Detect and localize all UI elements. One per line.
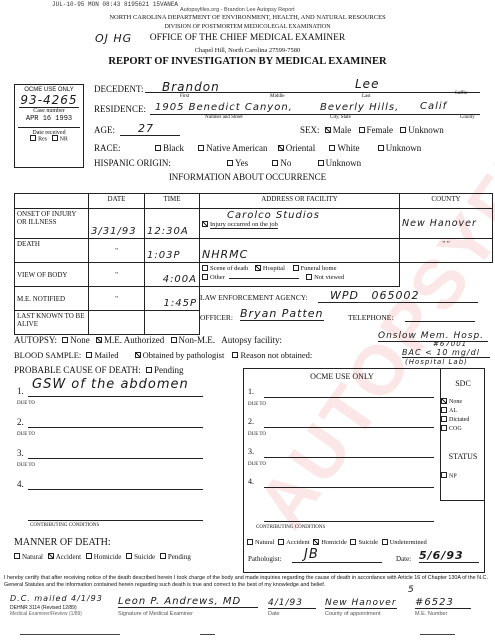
dc-mailed-note: D.C. mailed 4/1/93 [10, 594, 103, 603]
blood-mailed-checkbox[interactable] [86, 352, 92, 358]
onset-time: 12:30A [145, 209, 200, 239]
law-agency-value: WPD 065002 [330, 289, 419, 302]
office-name: OFFICE OF THE CHIEF MEDICAL EXAMINER [0, 33, 495, 43]
view-not-viewed-label: Not viewed [314, 274, 344, 281]
sdc-none-label: None [449, 399, 462, 405]
ocme-manner-accident-label: Accident [286, 539, 309, 546]
ocme-manner-accident-checkbox[interactable] [278, 539, 284, 545]
report-title: REPORT OF INVESTIGATION BY MEDICAL EXAMI… [0, 56, 495, 67]
ocme-line-1-number: 1. [248, 387, 254, 396]
telephone-label: TELEPHONE: [348, 313, 393, 322]
row-label: M.E. NOTIFIED [15, 287, 89, 311]
autopsy-nonme-checkbox[interactable] [171, 337, 177, 343]
division-name: DIVISION OF POSTMORTEM MEDICOLEGAL EXAMI… [0, 24, 495, 30]
view-not-viewed-checkbox[interactable] [306, 274, 312, 280]
autopsy-me-checkbox[interactable] [96, 337, 102, 343]
cause-4-field[interactable] [28, 489, 203, 490]
view-date: " [89, 263, 145, 287]
table-row: VIEW OF BODY " 4:00A Scene of death Hosp… [15, 263, 493, 287]
view-scene-checkbox[interactable] [202, 265, 208, 271]
onset-address: Carolco Studios [202, 210, 397, 221]
cause-1-number: 1. [17, 386, 24, 396]
decedent-label: DECEDENT: [94, 84, 144, 94]
me-signature: Leon P. Andrews, MD [118, 596, 258, 608]
me-notified-date: " [89, 287, 145, 311]
table-row: DEATH " 1:03P NHRMC " " [15, 239, 493, 263]
ocme-use-box: OCME USE ONLY 93-4265 Case number APR 16… [14, 84, 84, 168]
status-np-label: NP [449, 473, 457, 479]
onset-date: 3/31/93 [89, 209, 145, 239]
hispanic-no-label: No [280, 158, 291, 168]
col-date: DATE [89, 194, 145, 209]
telephone-field[interactable] [405, 321, 475, 322]
col-address: ADDRESS OR FACILITY [200, 194, 400, 209]
col-time: TIME [145, 194, 200, 209]
race-black-checkbox[interactable] [155, 145, 161, 151]
status-np-checkbox[interactable] [441, 472, 447, 478]
city-label: City, State [330, 115, 351, 120]
race-native-label: Native American [206, 143, 267, 153]
date-received-value: APR 16 1993 [15, 115, 83, 123]
officer-label: OFFICER: [200, 313, 233, 322]
ocme-manner-natural-label: Natural [255, 539, 275, 546]
residence-city: Beverly Hills, [320, 102, 399, 113]
view-other-label: Other [210, 274, 225, 281]
blood-reason-checkbox[interactable] [232, 352, 238, 358]
view-funeral-label: Funeral home [301, 265, 337, 272]
autopsy-me-label: M.E. Authorized [104, 335, 164, 345]
case-number-label: Case number [15, 108, 83, 114]
me-notified-time: 1:45P [145, 287, 200, 311]
cause-field: PROBABLE CAUSE OF DEATH: Pending [14, 365, 184, 375]
race-white-label: White [337, 143, 359, 153]
death-county: " " [400, 239, 493, 263]
ocme-panel-title: OCME USE ONLY [244, 372, 440, 381]
row-label: LAST KNOWN TO BE ALIVE [15, 311, 89, 335]
ocme-manner-homicide-label: Homicide [321, 539, 347, 546]
ocme-contributing-label: CONTRIBUTING CONDITIONS [256, 525, 325, 530]
manner-homicide-label: Homicide [94, 553, 122, 561]
sdc-dictated-checkbox[interactable] [441, 416, 447, 422]
sex-unknown-checkbox[interactable] [400, 127, 406, 133]
cause-3-number: 3. [17, 448, 24, 458]
sdc-al-label: AL [449, 408, 457, 414]
due-to-label: DUE TO [17, 463, 35, 468]
sdc-none-checkbox[interactable] [441, 398, 447, 404]
row-label: VIEW OF BODY [15, 263, 89, 287]
county-label: County [460, 115, 475, 120]
sdc-cog-label: COG [449, 426, 462, 432]
race-label: RACE: [94, 143, 121, 153]
sex-field: SEX: Male Female Unknown [300, 125, 444, 135]
nr-label: NR [60, 136, 68, 142]
blood-reason-note: (Hospital Lab) [405, 358, 468, 366]
age-label: AGE: [94, 125, 115, 135]
due-to-label: DUE TO [248, 402, 266, 407]
form-name: Medical Examiner/Review (1/89) [10, 611, 82, 617]
sdc-cog-checkbox[interactable] [441, 425, 447, 431]
view-hospital-label: Hospital [263, 265, 285, 272]
autopsy-none-label: None [70, 335, 90, 345]
due-to-label: DUE TO [17, 401, 35, 406]
hispanic-unknown-label: Unknown [326, 158, 362, 168]
view-funeral-checkbox[interactable] [293, 265, 299, 271]
due-to-label: DUE TO [248, 462, 266, 467]
view-hospital-checkbox[interactable] [255, 265, 261, 271]
ocme-line-1-field[interactable] [264, 397, 434, 398]
contributing-field[interactable] [28, 520, 203, 521]
manner-natural-checkbox[interactable] [14, 553, 20, 559]
due-to-label: DUE TO [248, 432, 266, 437]
hispanic-label: HISPANIC ORIGIN: [94, 158, 171, 168]
residence-label: RESIDENCE: [94, 104, 146, 114]
ocme-line-2-number: 2. [248, 417, 254, 426]
res-checkbox[interactable] [30, 135, 36, 141]
blood-mailed-label: Mailed [94, 350, 118, 360]
office-address: Chapel Hill, North Carolina 27599-7580 [0, 47, 495, 54]
ocme-line-4-field[interactable] [264, 487, 434, 488]
injury-job-checkbox[interactable] [202, 221, 208, 227]
manner-suicide-checkbox[interactable] [126, 553, 132, 559]
me-county: New Hanover [325, 598, 397, 609]
manner-suicide-label: Suicide [134, 553, 155, 561]
street-label: Number and Street [205, 115, 243, 120]
law-agency-label: LAW ENFORCEMENT AGENCY: [200, 293, 308, 302]
occurrence-section-title: INFORMATION ABOUT OCCURRENCE [0, 172, 495, 182]
ocme-line-2-field[interactable] [264, 427, 434, 428]
row-label: DEATH [15, 239, 89, 263]
manner-homicide-checkbox[interactable] [86, 553, 92, 559]
ocme-line-4-number: 4. [248, 477, 254, 486]
death-time: 1:03P [145, 239, 200, 263]
blood-obtained-label: Obtained by pathologist [143, 350, 225, 360]
sdc-column: SDC None AL Dictated COG STATUS NP [440, 369, 485, 501]
race-native-checkbox[interactable] [198, 145, 204, 151]
hispanic-yes-label: Yes [235, 158, 248, 168]
me-number-label: M.E. Number [415, 611, 447, 617]
me-signature-label: Signature of Medical Examiner [118, 611, 193, 617]
fax-header: JUL-10-95 MON 08:43 8195621 15VANEA [52, 1, 178, 8]
certification-text: I hereby certify that after receiving no… [4, 575, 492, 589]
source-line: Autopsyfiles.org - Brandon Lee Autopsy R… [180, 7, 295, 13]
manner-accident-checkbox[interactable] [48, 553, 54, 559]
me-date: 4/1/93 [268, 598, 316, 609]
manner-accident-label: Accident [56, 553, 81, 561]
due-to-label: DUE TO [17, 432, 35, 437]
ocme-date-value: 5/6/93 [419, 549, 479, 563]
autopsy-facility-label: Autopsy facility: [221, 335, 282, 345]
race-field: Black Native American Oriental White Unk… [155, 143, 495, 153]
view-time: 4:00A [145, 263, 200, 287]
death-address: NHRMC [200, 239, 400, 263]
cause-2-field[interactable] [28, 427, 203, 428]
manner-pending-label: Pending [168, 553, 191, 561]
case-number: 93-4265 [19, 93, 79, 108]
ocme-manner-undetermined-label: Undetermined [390, 539, 427, 546]
sex-male-label: Male [333, 125, 352, 135]
last-label: Last [362, 94, 371, 99]
ocme-line-3-number: 3. [248, 447, 254, 456]
sdc-dictated-label: Dictated [449, 417, 469, 423]
pathologist-signature: JB [292, 547, 382, 563]
residence-street: 1905 Benedict Canyon, [155, 102, 293, 113]
ocme-manner-homicide-checkbox[interactable] [313, 539, 319, 545]
blood-obtained-checkbox[interactable] [135, 352, 141, 358]
cause-pending-label: Pending [154, 365, 184, 375]
decedent-last: Lee [355, 77, 379, 91]
res-label: Res [38, 136, 47, 142]
me-county-label: County of appointment [325, 611, 380, 617]
sex-male-checkbox[interactable] [325, 127, 331, 133]
race-white-checkbox[interactable] [329, 145, 335, 151]
blood-field: BLOOD SAMPLE: Mailed Obtained by patholo… [14, 350, 312, 360]
hispanic-unknown-checkbox[interactable] [318, 160, 324, 166]
manner-pending-checkbox[interactable] [160, 553, 166, 559]
cause-3-field[interactable] [28, 458, 203, 459]
table-row: ONSET OF INJURY OR ILLNESS 3/31/93 12:30… [15, 209, 493, 239]
me-date-label: Date [268, 611, 280, 617]
nr-checkbox[interactable] [52, 135, 58, 141]
ocme-panel: SDC None AL Dictated COG STATUS NP OCME … [243, 368, 485, 573]
cause-1-value[interactable]: GSW of the abdomen [32, 377, 189, 392]
sex-unknown-label: Unknown [408, 125, 444, 135]
sex-label: SEX: [300, 125, 320, 135]
blood-label: BLOOD SAMPLE: [14, 350, 81, 360]
blood-reason-label: Reason not obtained: [240, 350, 312, 360]
decedent-first: Brandon [162, 80, 220, 94]
col-county: COUNTY [400, 194, 493, 209]
ocme-date-label: Date: [396, 555, 411, 563]
hispanic-field: Yes No Unknown [227, 158, 361, 168]
middle-label: Middle [270, 94, 284, 99]
sex-female-label: Female [367, 125, 394, 135]
residence-county: Calif [420, 101, 447, 112]
ocme-manner-field: Natural Accident Homicide Suicide Undete… [247, 539, 427, 546]
dept-name: NORTH CAROLINA DEPARTMENT OF ENVIRONMENT… [0, 14, 495, 21]
sdc-title: SDC [441, 379, 485, 388]
first-label: First [180, 94, 189, 99]
hispanic-yes-checkbox[interactable] [227, 160, 233, 166]
pathologist-label: Pathologist: [248, 555, 281, 563]
race-black-label: Black [163, 143, 184, 153]
view-scene-label: Scene of death [210, 265, 248, 272]
me-number-prefix: 5 [408, 585, 415, 595]
death-date: " [89, 239, 145, 263]
cause-2-number: 2. [17, 417, 24, 427]
sex-female-checkbox[interactable] [359, 127, 365, 133]
manner-label: MANNER OF DEATH: [14, 537, 111, 548]
view-other-checkbox[interactable] [202, 274, 208, 280]
officer-value: Bryan Patten [240, 307, 324, 321]
onset-county: New Hanover [400, 209, 493, 239]
ocme-line-3-field[interactable] [264, 457, 434, 458]
autopsy-none-checkbox[interactable] [62, 337, 68, 343]
blood-reason-value: BAC < 10 mg/dl [402, 348, 490, 358]
autopsy-nonme-label: Non-M.E. [179, 335, 216, 345]
manner-natural-label: Natural [22, 553, 43, 561]
me-number: #6523 [415, 597, 471, 609]
race-oriental-label: Oriental [286, 143, 316, 153]
hispanic-no-checkbox[interactable] [272, 160, 278, 166]
race-unknown-label: Unknown [386, 143, 422, 153]
manner-field: Natural Accident Homicide Suicide Pendin… [14, 553, 191, 561]
row-label: ONSET OF INJURY OR ILLNESS [15, 209, 89, 239]
autopsy-label: AUTOPSY: [14, 335, 57, 345]
ocme-manner-natural-checkbox[interactable] [247, 539, 253, 545]
status-title: STATUS [441, 452, 485, 461]
injury-job-label: Injury occurred on the job [210, 221, 278, 229]
ocme-contributing-field[interactable] [264, 521, 434, 522]
cause-4-number: 4. [17, 479, 24, 489]
blood-annotation: #67001 [433, 340, 467, 348]
contributing-label: CONTRIBUTING CONDITIONS [30, 523, 99, 528]
cause-label: PROBABLE CAUSE OF DEATH: [14, 365, 141, 375]
ocme-manner-suicide-checkbox[interactable] [350, 539, 356, 545]
race-unknown-checkbox[interactable] [378, 145, 384, 151]
race-oriental-checkbox[interactable] [278, 145, 284, 151]
ocme-manner-undetermined-checkbox[interactable] [382, 539, 388, 545]
ocme-manner-suicide-label: Suicide [358, 539, 378, 546]
suffix-label: Suffix [455, 91, 467, 96]
cause-pending-checkbox[interactable] [146, 367, 152, 373]
age-value: 27 [138, 122, 154, 135]
sdc-al-checkbox[interactable] [441, 407, 447, 413]
